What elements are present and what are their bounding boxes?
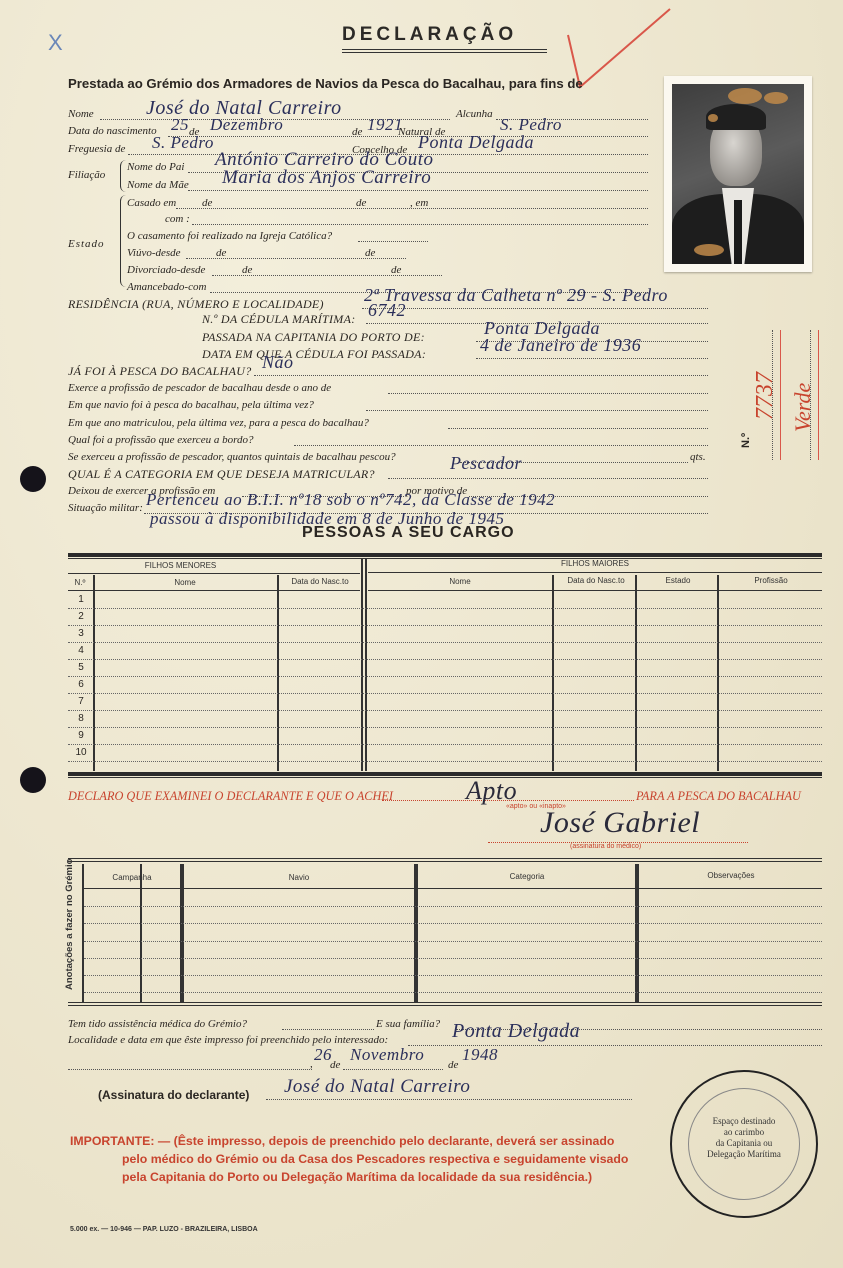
title-underline — [342, 49, 547, 53]
exerce-label: Exerce a profissão de pescador de bacalh… — [68, 382, 331, 394]
de-label: de — [352, 126, 362, 138]
militar-line1: Pertenceu ao B.I.I. nº18 sob o nº742, da… — [146, 490, 555, 510]
important-label: IMPORTANTE: — [70, 1134, 154, 1148]
table-row[interactable] — [68, 693, 822, 694]
footer-ano: 1948 — [462, 1045, 498, 1065]
table-row[interactable] — [68, 625, 822, 626]
data-cedula-value: 4 de Janeiro de 1936 — [480, 335, 641, 356]
document-page: X DECLARAÇÃO Prestada ao Grémio dos Arma… — [0, 0, 843, 1268]
signature-hint: (assinatura do médico) — [570, 843, 641, 850]
cedula-label: N.º DA CÉDULA MARÍTIMA: — [202, 312, 356, 327]
estado-label: Estado — [68, 238, 105, 250]
col-header-observacoes: Observações — [640, 871, 822, 880]
row-number: 7 — [70, 696, 92, 707]
residencia-value: 2ª Travessa da Calheta nº 29 - S. Pedro — [364, 285, 668, 306]
para-label: PARA A PESCA DO BACALHAU — [636, 789, 801, 804]
table-row[interactable] — [68, 608, 822, 609]
data-cedula-label: DATA EM QUE A CÉDULA FOI PASSADA: — [202, 347, 426, 362]
result-value: Apto — [466, 776, 517, 806]
important-line3: pela Capitania do Porto ou Delegação Mar… — [122, 1167, 592, 1187]
categoria-value: Pescador — [450, 453, 522, 474]
footer-mes: Novembro — [350, 1045, 424, 1065]
residencia-label: RESIDÊNCIA (RUA, NÚMERO E LOCALIDADE) — [68, 297, 324, 312]
col-header-navio: Navio — [184, 873, 414, 882]
record-number-value: 7737 — [752, 372, 779, 420]
profissao-field[interactable] — [294, 434, 708, 446]
printer-line: 5.000 ex. — 10-946 — PAP. LUZO - BRAZILE… — [70, 1226, 258, 1233]
navio-label: Em que navio foi à pesca do bacalhau, pe… — [68, 399, 314, 411]
row-number: 9 — [70, 730, 92, 741]
concelho-value: Ponta Delgada — [418, 132, 534, 153]
ano-field[interactable] — [448, 417, 708, 429]
de-label: de — [216, 247, 226, 259]
ja-foi-field[interactable] — [254, 364, 708, 376]
pai-label: Nome do Pai — [127, 161, 184, 173]
record-number-sub: Verde — [790, 383, 816, 432]
punch-hole — [20, 767, 46, 793]
table-row[interactable] — [68, 744, 822, 745]
com-label: com : — [165, 213, 190, 225]
table-row[interactable] — [68, 761, 822, 762]
page-subtitle: Prestada ao Grémio dos Armadores de Navi… — [68, 76, 583, 91]
record-number: N.º 7737 Verde — [738, 320, 838, 470]
nascimento-label: Data do nascimento — [68, 125, 157, 137]
col-header-nome: Nome — [94, 578, 276, 587]
navio-field[interactable] — [366, 399, 708, 411]
freguesia-value: S. Pedro — [152, 133, 214, 153]
de-label: de — [242, 264, 252, 276]
igreja-field[interactable] — [358, 230, 428, 242]
assistencia-label: Tem tido assistência médica do Grémio? — [68, 1018, 247, 1030]
row-number: 1 — [70, 594, 92, 605]
record-number-label: N.º — [740, 433, 752, 448]
casado-label: Casado em — [127, 197, 176, 209]
mae-label: Nome da Mãe — [127, 179, 189, 191]
de-label: de — [330, 1059, 340, 1071]
capitania-label: PASSADA NA CAPITANIA DO PORTO DE: — [202, 330, 425, 345]
divorciado-label: Divorciado-desde — [127, 264, 205, 276]
ano-label: Em que ano matriculou, pela última vez, … — [68, 417, 369, 429]
doctor-signature: José Gabriel — [540, 806, 700, 840]
com-field[interactable] — [192, 213, 648, 225]
de-label: de — [448, 1059, 458, 1071]
row-number: 5 — [70, 662, 92, 673]
annotations-top-rule — [68, 858, 822, 862]
date-location-field[interactable] — [68, 1058, 312, 1070]
assistencia-field[interactable] — [282, 1018, 374, 1030]
alcunha-label: Alcunha — [456, 108, 493, 120]
maiores-title: FILHOS MAIORES — [370, 559, 820, 568]
freguesia-label: Freguesia de — [68, 143, 125, 155]
viuvo-label: Viúvo-desde — [127, 247, 181, 259]
dependents-top-rule — [68, 553, 822, 557]
col-header-profissao: Profissão — [720, 576, 822, 585]
militar-label: Situação militar: — [68, 502, 143, 514]
punch-hole — [20, 466, 46, 492]
important-note: IMPORTANTE: — (Êste impresso, depois de … — [70, 1131, 614, 1151]
row-number: 3 — [70, 628, 92, 639]
igreja-label: O casamento foi realizado na Igreja Cató… — [127, 230, 332, 242]
col-header-no: N.º — [68, 578, 92, 587]
row-number: 10 — [70, 747, 92, 758]
exerce-field[interactable] — [388, 382, 708, 394]
col-header-nasc-maiores: Data do Nasc.to — [556, 576, 636, 585]
cedula-value: 6742 — [368, 300, 406, 321]
assinatura-label: (Assinatura do declarante) — [98, 1088, 249, 1102]
col-header-estado: Estado — [638, 576, 718, 585]
table-row[interactable] — [68, 642, 822, 643]
localidade-label: Localidade e data em que êste impresso f… — [68, 1034, 388, 1046]
mae-value: Maria dos Anjos Carreiro — [222, 167, 431, 189]
annotations-side-label: Anotações a fazer no Grémio — [64, 859, 75, 990]
ja-foi-value: Não — [262, 352, 294, 373]
annotation-row[interactable] — [84, 906, 822, 907]
table-row[interactable] — [68, 676, 822, 677]
annotation-row[interactable] — [84, 923, 822, 924]
filiacao-label: Filiação — [68, 169, 105, 181]
familia-label: E sua família? — [376, 1018, 440, 1030]
declarant-signature: José do Natal Carreiro — [284, 1076, 470, 1098]
row-number: 4 — [70, 645, 92, 656]
filiacao-brace — [120, 160, 126, 192]
nascimento-dia: 25 — [171, 115, 189, 135]
annotation-row[interactable] — [84, 941, 822, 942]
quintais-label: Se exerceu a profissão de pescador, quan… — [68, 451, 396, 463]
col-header-nome-maiores: Nome — [368, 577, 552, 586]
important-line1: — (Êste impresso, depois de preenchido p… — [158, 1134, 615, 1148]
col-header-categoria: Categoria — [420, 872, 634, 881]
de-label: de — [202, 197, 212, 209]
de-label: de — [356, 197, 366, 209]
margin-x-mark: X — [48, 30, 63, 56]
capitania-stamp-area: Espaço destinado ao carimbo da Capitania… — [670, 1070, 818, 1218]
col-header-nasc: Data do Nasc.to — [280, 577, 360, 586]
stamp-text: Espaço destinado ao carimbo da Capitania… — [672, 1116, 816, 1160]
table-row[interactable] — [68, 727, 822, 728]
nome-label: Nome — [68, 108, 94, 120]
menores-title: FILHOS MENORES — [98, 561, 263, 570]
annotation-row[interactable] — [84, 975, 822, 976]
important-line2: pelo médico do Grémio ou da Casa dos Pes… — [122, 1149, 628, 1169]
row-number: 6 — [70, 679, 92, 690]
page-title: DECLARAÇÃO — [342, 24, 517, 46]
dependents-title: PESSOAS A SEU CARGO — [302, 524, 515, 542]
profissao-label: Qual foi a profissão que exerceu a bordo… — [68, 434, 253, 446]
estado-brace — [120, 195, 126, 287]
nascimento-mes: Dezembro — [210, 115, 283, 135]
declaro-label: DECLARO QUE EXAMINEI O DECLARANTE E QUE … — [68, 789, 393, 804]
categoria-field[interactable] — [388, 467, 708, 479]
amancebado-label: Amancebado-com — [127, 281, 206, 293]
applicant-photo — [664, 76, 812, 272]
annotation-row[interactable] — [84, 958, 822, 959]
localidade-value: Ponta Delgada — [452, 1020, 580, 1043]
row-number: 8 — [70, 713, 92, 724]
annotations-bottom-rule — [68, 1002, 822, 1006]
table-row[interactable] — [68, 659, 822, 660]
table-row[interactable] — [68, 710, 822, 711]
em-label: , em — [410, 197, 428, 209]
quintais-unit: qts. — [690, 451, 706, 463]
dependents-bottom-rule — [68, 772, 822, 776]
row-number: 2 — [70, 611, 92, 622]
de-label: de — [365, 247, 375, 259]
annotation-row[interactable] — [84, 992, 822, 993]
col-header-campanha: Campanha — [84, 873, 180, 882]
ja-foi-label: JÁ FOI À PESCA DO BACALHAU? — [68, 364, 252, 379]
de-label: de — [391, 264, 401, 276]
categoria-label: QUAL É A CATEGORIA EM QUE DESEJA MATRICU… — [68, 467, 375, 482]
